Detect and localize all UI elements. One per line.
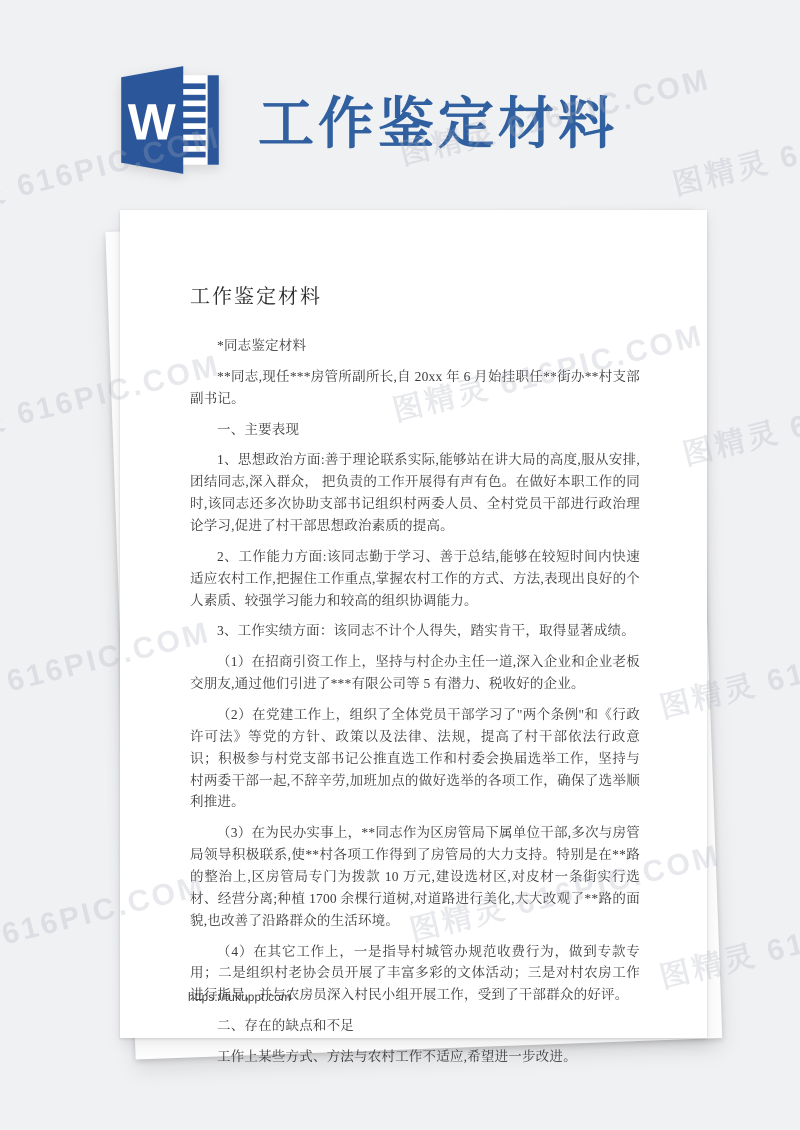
section-heading-1: 一、主要表现: [190, 419, 640, 441]
watermark-text: 图精灵 616PIC.COM: [667, 84, 800, 204]
paragraph-shortcoming: 工作上某些方式、方法与农村工作不适应,希望进一步改进。: [190, 1046, 640, 1068]
paragraph-politics: 1、思想政治方面:善于理论联系实际,能够站在讲大局的高度,服从安排,团结同志,深…: [190, 449, 640, 536]
word-icon: W: [108, 62, 230, 178]
document-page: 工作鉴定材料 *同志鉴定材料 **同志,现任***房管所副所长,自 20xx 年…: [120, 210, 707, 1038]
word-letter: W: [128, 93, 176, 150]
paragraph-ability: 2、工作能力方面:该同志勤于学习、善于总结,能够在较短时间内快速适应农村工作,把…: [190, 546, 640, 612]
paragraph-item-2: （2）在党建工作上，组织了全体党员干部学习了"两个条例"和《行政许可法》等党的方…: [190, 704, 640, 813]
document-body: *同志鉴定材料 **同志,现任***房管所副所长,自 20xx 年 6 月始挂职…: [190, 335, 640, 1068]
page-title: 工作鉴定材料: [258, 80, 618, 160]
section-heading-2: 二、存在的缺点和不足: [190, 1015, 640, 1037]
page-background: W 工作鉴定材料 工作鉴定材料 *同志鉴定材料 **同志,现任***房管所副所长…: [0, 0, 800, 1130]
paragraph-salutation: *同志鉴定材料: [190, 335, 640, 357]
document-title: 工作鉴定材料: [190, 280, 640, 309]
paragraph-intro: **同志,现任***房管所副所长,自 20xx 年 6 月始挂职任**街办**村…: [190, 366, 640, 410]
footer-url: https://tukuppt.com: [188, 992, 291, 1004]
paragraph-item-3: （3）在为民办实事上，**同志作为区房管局下属单位干部,多次与房管局领导积极联系…: [190, 822, 640, 931]
paragraph-item-1: （1）在招商引资工作上，坚持与村企办主任一道,深入企业和企业老板交朋友,通过他们…: [190, 651, 640, 695]
header: W 工作鉴定材料: [108, 62, 618, 178]
paragraph-performance: 3、工作实绩方面：该同志不计个人得失，踏实肯干，取得显著成绩。: [190, 620, 640, 642]
